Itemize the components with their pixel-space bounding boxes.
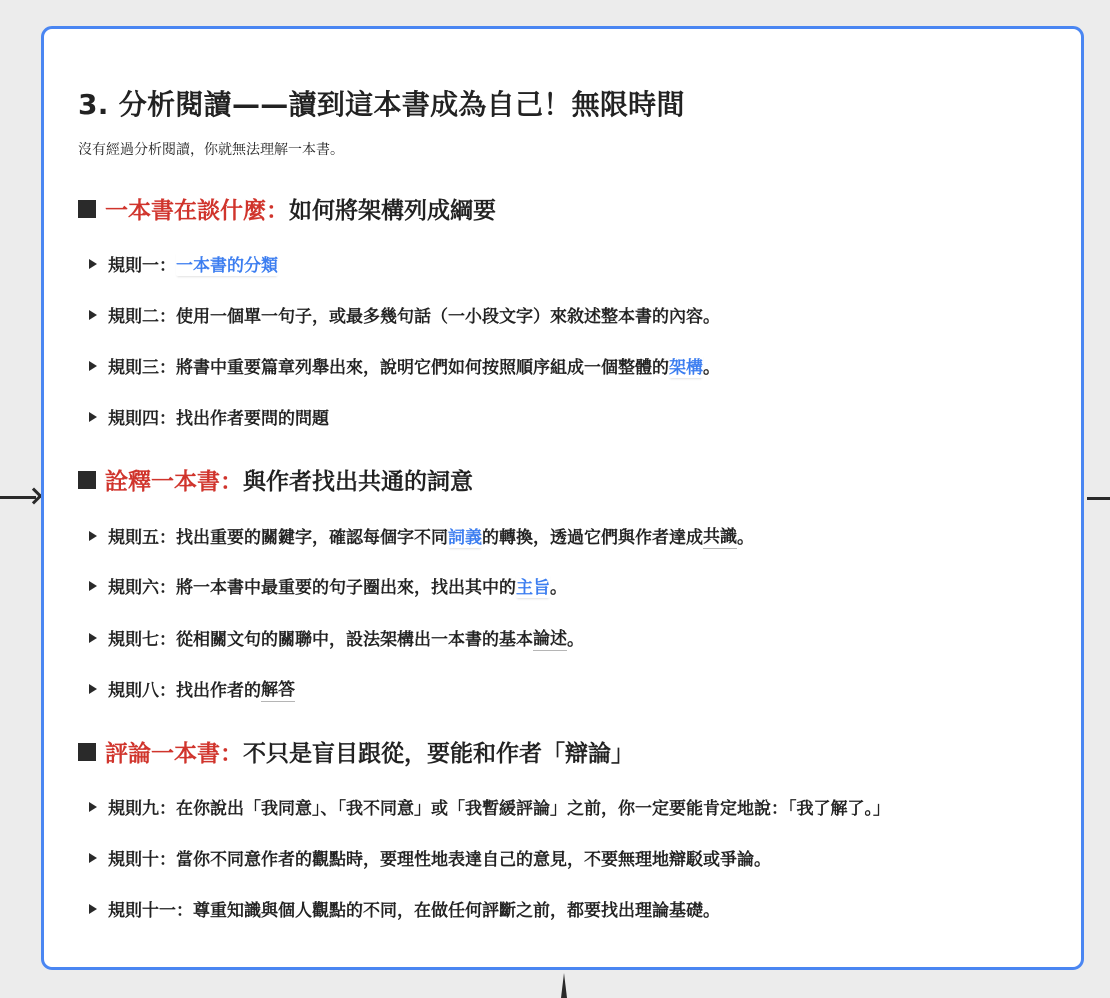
rule-text: 規則四：找出作者要問的問題 [108, 404, 329, 429]
rule-text-end: 。 [737, 523, 754, 548]
triangle-bullet-icon [89, 310, 97, 320]
note-card[interactable]: 3. 分析閱讀——讀到這本書成為自己！無限時間 沒有經過分析閱讀，你就無法理解一… [41, 26, 1084, 970]
mindmap-canvas: 3. 分析閱讀——讀到這本書成為自己！無限時間 沒有經過分析閱讀，你就無法理解一… [0, 0, 1110, 998]
rule-text: 規則三：將書中重要篇章列舉出來，說明它們如何按照順序組成一個整體的 [108, 353, 669, 378]
triangle-bullet-icon [89, 853, 97, 863]
link-book-classification[interactable]: 一本書的分類 [176, 251, 278, 276]
section-heading-interpret-book: 詮釋一本書： 與作者找出共通的詞意 [78, 463, 473, 496]
triangle-bullet-icon [89, 581, 97, 591]
section-heading-suffix: 如何將架構列成綱要 [289, 192, 496, 225]
section-heading-prefix: 詮釋一本書： [105, 463, 243, 496]
section-heading-suffix: 與作者找出共通的詞意 [243, 463, 473, 496]
section-heading-what-book-says: 一本書在談什麼： 如何將架構列成綱要 [78, 192, 496, 225]
rule-item: 規則九：在你說出「我同意」、「我不同意」或「我暫緩評論」之前，你一定要能肯定地說… [89, 794, 890, 819]
rule-item: 規則八：找出作者的解答 [89, 675, 295, 702]
link-main-idea[interactable]: 主旨 [516, 573, 550, 598]
underlined-term-answer[interactable]: 解答 [261, 675, 295, 702]
link-structure[interactable]: 架構 [669, 353, 703, 378]
triangle-bullet-icon [89, 412, 97, 422]
section-heading-critique-book: 評論一本書： 不只是盲目跟從，要能和作者「辯論」 [78, 735, 634, 768]
rule-item: 規則四：找出作者要問的問題 [89, 404, 329, 429]
square-bullet-icon [78, 743, 96, 761]
rule-text: 規則十一：尊重知識與個人觀點的不同，在做任何評斷之前，都要找出理論基礎。 [108, 896, 720, 921]
rule-text: 規則七：從相關文句的關聯中，設法架構出一本書的基本 [108, 625, 533, 650]
triangle-bullet-icon [89, 904, 97, 914]
card-title: 3. 分析閱讀——讀到這本書成為自己！無限時間 [78, 83, 685, 123]
card-subtitle: 沒有經過分析閱讀，你就無法理解一本書。 [78, 139, 344, 159]
triangle-bullet-icon [89, 684, 97, 694]
link-word-meaning[interactable]: 詞義 [448, 523, 482, 548]
rule-text: 規則十：當你不同意作者的觀點時，要理性地表達自己的意見，不要無理地辯駁或爭論。 [108, 845, 771, 870]
rule-item: 規則一：一本書的分類 [89, 251, 278, 276]
rule-text: 規則六：將一本書中最重要的句子圈出來，找出其中的 [108, 573, 516, 598]
rule-text-end: 。 [550, 573, 567, 598]
square-bullet-icon [78, 471, 96, 489]
underlined-term-consensus[interactable]: 共識 [703, 522, 737, 549]
triangle-bullet-icon [89, 361, 97, 371]
rule-item: 規則五：找出重要的關鍵字，確認每個字不同詞義的轉換，透過它們與作者達成共識。 [89, 522, 754, 549]
underlined-term-argument[interactable]: 論述 [533, 624, 567, 651]
rule-item: 規則二：使用一個單一句子，或最多幾句話（一小段文字）來敘述整本書的內容。 [89, 302, 720, 327]
rule-text-end: 。 [703, 353, 720, 378]
rule-text: 的轉換，透過它們與作者達成 [482, 523, 703, 548]
rule-item: 規則十：當你不同意作者的觀點時，要理性地表達自己的意見，不要無理地辯駁或爭論。 [89, 845, 771, 870]
rule-text: 規則八：找出作者的 [108, 676, 261, 701]
triangle-bullet-icon [89, 531, 97, 541]
triangle-bullet-icon [89, 633, 97, 643]
rule-item: 規則十一：尊重知識與個人觀點的不同，在做任何評斷之前，都要找出理論基礎。 [89, 896, 720, 921]
rule-text: 規則九：在你說出「我同意」、「我不同意」或「我暫緩評論」之前，你一定要能肯定地說… [108, 794, 890, 819]
rule-item: 規則三：將書中重要篇章列舉出來，說明它們如何按照順序組成一個整體的架構。 [89, 353, 720, 378]
triangle-bullet-icon [89, 259, 97, 269]
square-bullet-icon [78, 200, 96, 218]
outgoing-connector-line [1087, 497, 1110, 500]
section-heading-suffix: 不只是盲目跟從，要能和作者「辯論」 [243, 735, 634, 768]
section-heading-prefix: 評論一本書： [105, 735, 243, 768]
arrow-right-icon [26, 488, 43, 505]
rule-text: 規則五：找出重要的關鍵字，確認每個字不同 [108, 523, 448, 548]
triangle-bullet-icon [89, 802, 97, 812]
rule-text-end: 。 [567, 625, 584, 650]
rule-item: 規則七：從相關文句的關聯中，設法架構出一本書的基本論述。 [89, 624, 584, 651]
rule-text: 規則二：使用一個單一句子，或最多幾句話（一小段文字）來敘述整本書的內容。 [108, 302, 720, 327]
rule-text: 規則一： [108, 251, 176, 276]
section-heading-prefix: 一本書在談什麼： [105, 192, 289, 225]
bottom-connector-line [561, 973, 567, 998]
rule-item: 規則六：將一本書中最重要的句子圈出來，找出其中的主旨。 [89, 573, 567, 598]
